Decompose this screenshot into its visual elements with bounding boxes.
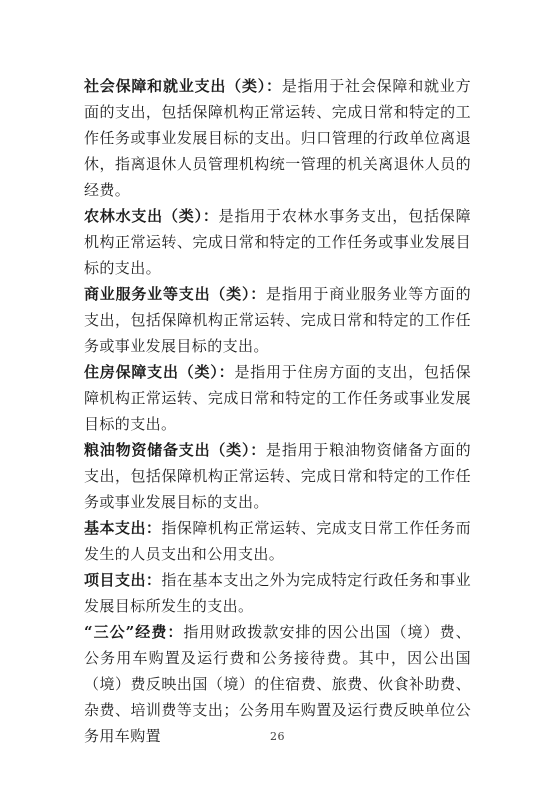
text-block: 社会保障和就业支出（类）：是指用于社会保障和就业方面的支出，包括保障机构正常运转…	[84, 73, 471, 749]
paragraph-term: 商业服务业等支出（类）：	[84, 285, 266, 303]
paragraph: 社会保障和就业支出（类）：是指用于社会保障和就业方面的支出，包括保障机构正常运转…	[84, 73, 471, 203]
paragraph-term: “三公”经费：	[84, 623, 183, 641]
paragraph: 农林水支出（类）：是指用于农林水事务支出，包括保障机构正常运转、完成日常和特定的…	[84, 203, 471, 281]
paragraph-term: 基本支出：	[84, 519, 161, 537]
paragraph-term: 项目支出：	[84, 571, 161, 589]
paragraph: 住房保障支出（类）：是指用于住房方面的支出，包括保障机构正常运转、完成日常和特定…	[84, 359, 471, 437]
paragraph-term: 粮油物资储备支出（类）：	[84, 441, 266, 459]
paragraph-body: 是指用于社会保障和就业方面的支出，包括保障机构正常运转、完成日常和特定的工作任务…	[84, 77, 471, 199]
paragraph-term: 社会保障和就业支出（类）：	[84, 77, 282, 95]
paragraph: 粮油物资储备支出（类）：是指用于粮油物资储备方面的支出，包括保障机构正常运转、完…	[84, 437, 471, 515]
page-number: 26	[0, 730, 555, 743]
paragraph: 基本支出：指保障机构正常运转、完成支日常工作任务而发生的人员支出和公用支出。	[84, 515, 471, 567]
paragraph-term: 农林水支出（类）：	[84, 207, 219, 225]
paragraph: 商业服务业等支出（类）：是指用于商业服务业等方面的支出，包括保障机构正常运转、完…	[84, 281, 471, 359]
paragraph-term: 住房保障支出（类）：	[84, 363, 234, 381]
paragraph-body: 指用财政拨款安排的因公出国（境）费、公务用车购置及运行费和公务接待费。其中，因公…	[84, 623, 471, 745]
document-page: 社会保障和就业支出（类）：是指用于社会保障和就业方面的支出，包括保障机构正常运转…	[0, 0, 555, 785]
paragraph: 项目支出：指在基本支出之外为完成特定行政任务和事业发展目标所发生的支出。	[84, 567, 471, 619]
